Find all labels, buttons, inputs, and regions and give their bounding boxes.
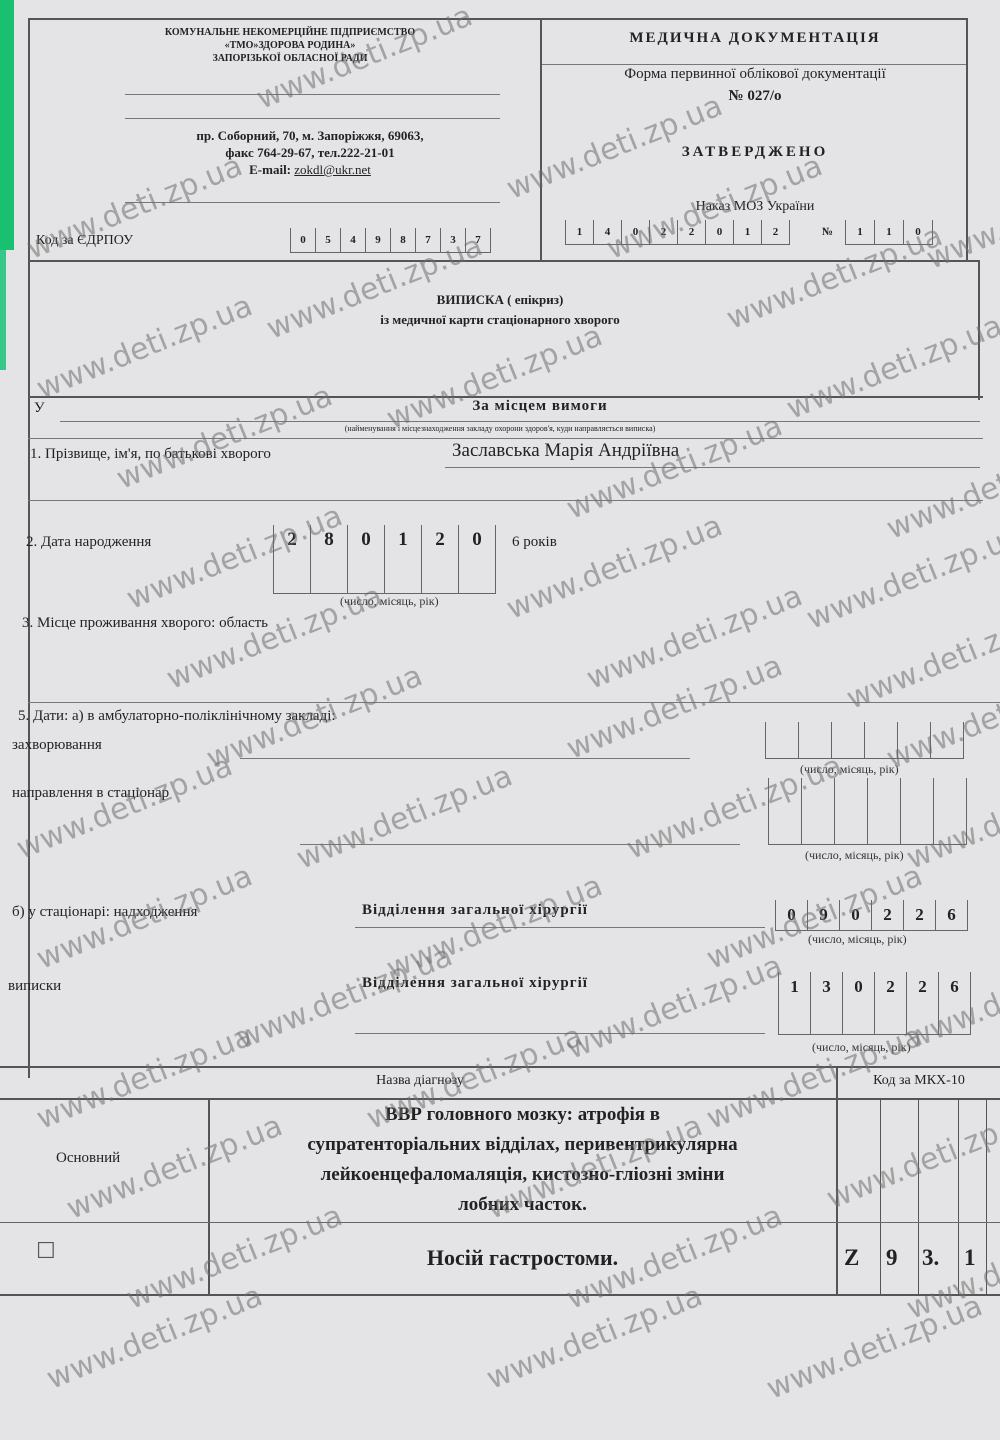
digit-box: 2 [273, 525, 310, 593]
frame-right-line [966, 18, 968, 260]
watermark-text: www.deti.zp.ua [922, 158, 1000, 276]
watermark-text: www.deti.zp.ua [882, 428, 1000, 546]
watermark-text: www.deti.zp.ua [562, 948, 788, 1066]
watermark-text: www.deti.zp.ua [232, 938, 458, 1056]
referral-date-boxes [768, 778, 967, 845]
digit-box: 1 [565, 220, 593, 244]
checkbox-icon[interactable]: ☐ [36, 1238, 56, 1264]
digit-box: 3 [810, 972, 842, 1034]
form-number: № 027/о [545, 88, 965, 105]
diagnosis-row-divider [0, 1222, 1000, 1223]
digit-box: 2 [906, 972, 938, 1034]
patient-age: 6 років [512, 534, 557, 551]
digit-box: 1 [384, 525, 421, 593]
digit-box [834, 778, 867, 844]
watermark-text: www.deti.zp.ua [842, 598, 1000, 716]
digit-box: 5 [315, 228, 340, 252]
digit-box: 9 [365, 228, 390, 252]
birth-date-caption: (число, місяць, рік) [340, 594, 439, 609]
referral-date-label: направлення в стаціонар [12, 785, 169, 802]
edrpou-code-boxes: 05498737 [290, 228, 491, 253]
diagnosis-table-bottom [0, 1294, 1000, 1296]
organization-contacts: пр. Соборний, 70, м. Запоріжжя, 69063, ф… [100, 127, 520, 178]
medical-documentation-title: МЕДИЧНА ДОКУМЕНТАЦІЯ [545, 30, 965, 47]
digit-box: 2 [649, 220, 677, 244]
watermark-text: www.deti.zp.ua [562, 648, 788, 766]
name-line-2 [28, 500, 983, 501]
digit-box: 0 [839, 900, 871, 930]
watermark-text: www.deti.zp.ua [782, 308, 1000, 426]
frame-top-line [28, 18, 966, 20]
icd10-code-header: Код за МКХ-10 [838, 1073, 1000, 1089]
patient-name-label: 1. Прізвище, ім'я, по батькові хворого [30, 446, 271, 463]
recipient-prefix: У [34, 400, 45, 417]
digit-box: 0 [775, 900, 807, 930]
icd10-code-char: Z [844, 1245, 859, 1271]
recipient-caption: (найменування і місцезнаходження закладу… [150, 424, 850, 433]
code-cell-divider [880, 1098, 881, 1294]
admission-label: б) у стаціонарі: надходження [12, 904, 197, 921]
digit-box: 2 [903, 900, 935, 930]
page-edge-decoration [0, 0, 14, 250]
admission-line [355, 927, 765, 928]
email-label: E-mail: [249, 162, 291, 177]
referral-line [300, 844, 740, 845]
discharge-line [355, 1033, 765, 1034]
diagnosis-name-header: Назва діагнозу [250, 1073, 590, 1089]
header-bottom-line [28, 260, 978, 262]
digit-box: 2 [874, 972, 906, 1034]
header-right-divider [542, 64, 966, 65]
header-divider-line [540, 18, 542, 260]
main-diagnosis-line: лейкоенцефаломаляція, кистозно-гліозні з… [210, 1160, 835, 1190]
digit-box: 6 [935, 900, 968, 930]
watermark-text: www.deti.zp.ua [42, 1278, 268, 1396]
blank-line [125, 202, 500, 203]
watermark-text: www.deti.zp.ua [482, 1278, 708, 1396]
watermark-text: www.deti.zp.ua [502, 508, 728, 626]
discharge-date-boxes: 130226 [778, 972, 971, 1035]
section-divider [28, 438, 983, 439]
referral-date-caption: (число, місяць, рік) [805, 848, 904, 863]
digit-box: 2 [871, 900, 903, 930]
digit-box: 3 [440, 228, 465, 252]
birth-date-boxes: 280120 [273, 525, 496, 594]
blank-line [125, 94, 500, 95]
digit-box: 8 [310, 525, 347, 593]
digit-box [867, 778, 900, 844]
residence-label: 3. Місце проживання хворого: область [22, 615, 268, 632]
name-underline [445, 467, 980, 468]
illness-line [240, 758, 690, 759]
main-diagnosis-text: ВВР головного мозку: атрофія всупратенто… [210, 1100, 835, 1220]
section-divider [28, 702, 1000, 703]
watermark-text: www.deti.zp.ua [12, 748, 238, 866]
digit-box: 0 [458, 525, 496, 593]
email-link[interactable]: zokdl@ukr.net [294, 162, 371, 177]
order-date-boxes: 14022012 [565, 220, 790, 245]
digit-box [897, 722, 930, 758]
document-title: ВИПИСКА ( епікриз) із медичної карти ста… [200, 290, 800, 330]
page-edge-decoration [0, 250, 6, 370]
digit-box [831, 722, 864, 758]
digit-box: 6 [938, 972, 971, 1034]
admission-date-boxes: 090226 [775, 900, 968, 931]
edrpou-label: Код за ЄДРПОУ [36, 233, 133, 249]
illness-date-caption: (число, місяць, рік) [800, 762, 899, 777]
discharge-date-caption: (число, місяць, рік) [812, 1040, 911, 1055]
code-cell-divider [958, 1098, 959, 1294]
code-column-divider [836, 1066, 838, 1294]
digit-box: 1 [874, 220, 903, 244]
org-line-2: «ТМО»ЗДОРОВА РОДИНА» [60, 39, 520, 52]
digit-box: 9 [807, 900, 839, 930]
patient-name-value: Заславська Марія Андріївна [452, 440, 679, 462]
watermark-text: www.deti.zp.ua [822, 1098, 1000, 1216]
main-diagnosis-line: супратенторіальних відділах, перивентрик… [210, 1130, 835, 1160]
secondary-diagnosis-text: Носій гастростоми. [210, 1245, 835, 1271]
watermark-text: www.deti.zp.ua [582, 578, 808, 696]
watermark-text: www.deti.zp.ua [382, 318, 608, 436]
icd10-code-char: 1 [964, 1245, 976, 1271]
digit-box: 0 [290, 228, 315, 252]
digit-box [765, 722, 798, 758]
illness-date-label: захворювання [12, 737, 102, 754]
digit-box: 2 [761, 220, 790, 244]
main-diagnosis-line: ВВР головного мозку: атрофія в [210, 1100, 835, 1130]
document-title-line-2: із медичної карти стаціонарного хворого [200, 310, 800, 330]
digit-box: 1 [733, 220, 761, 244]
discharge-department: Відділення загальної хірургії [362, 975, 588, 992]
org-line-1: КОМУНАЛЬНЕ НЕКОМЕРЦІЙНЕ ПІДПРИЄМСТВО [60, 26, 520, 39]
digit-box [798, 722, 831, 758]
digit-box: 4 [340, 228, 365, 252]
approved-label: ЗАТВЕРДЖЕНО [545, 144, 965, 161]
digit-box: 0 [705, 220, 733, 244]
digit-box: 1 [845, 220, 874, 244]
org-line-3: ЗАПОРІЗЬКОЇ ОБЛАСНОЇ РАДИ [60, 52, 520, 65]
digit-box: 0 [842, 972, 874, 1034]
watermark-text: www.deti.zp.ua [292, 758, 518, 876]
digit-box [930, 722, 964, 758]
digit-box: 7 [465, 228, 491, 252]
digit-box: 4 [593, 220, 621, 244]
form-description: Форма первинної облікової документації [545, 66, 965, 83]
digit-box: 0 [347, 525, 384, 593]
digit-box [900, 778, 933, 844]
blank-line [125, 118, 500, 119]
icd10-code-char: 3. [922, 1245, 939, 1271]
ministry-order-label: Наказ МОЗ України [545, 199, 965, 215]
order-number-boxes: 110 [845, 220, 933, 245]
digit-box: 8 [390, 228, 415, 252]
digit-box: 2 [677, 220, 705, 244]
dates-section-label: 5. Дати: а) в амбулаторно-поліклінічному… [18, 708, 336, 725]
code-cell-divider [918, 1098, 919, 1294]
digit-box: 0 [621, 220, 649, 244]
illness-date-boxes [765, 722, 964, 759]
digit-box [933, 778, 967, 844]
admission-date-caption: (число, місяць, рік) [808, 932, 907, 947]
main-diagnosis-label: Основний [56, 1150, 120, 1167]
code-cell-divider [986, 1098, 987, 1294]
watermark-text: www.deti.zp.ua [802, 518, 1000, 636]
main-diagnosis-line: лобних часток. [210, 1190, 835, 1220]
icd10-code-char: 9 [886, 1245, 898, 1271]
digit-box [768, 778, 801, 844]
document-title-line-1: ВИПИСКА ( епікриз) [200, 290, 800, 310]
recipient-line [60, 421, 980, 422]
digit-box: 7 [415, 228, 440, 252]
digit-box: 0 [903, 220, 933, 244]
frame-right-line-2 [978, 260, 980, 400]
address: пр. Соборний, 70, м. Запоріжжя, 69063, [100, 127, 520, 144]
organization-name: КОМУНАЛЬНЕ НЕКОМЕРЦІЙНЕ ПІДПРИЄМСТВО «ТМ… [60, 26, 520, 65]
digit-box [801, 778, 834, 844]
discharge-label: виписки [8, 978, 61, 995]
number-sign: № [822, 226, 833, 238]
digit-box: 2 [421, 525, 458, 593]
phones: факс 764-29-67, тел.222-21-01 [100, 144, 520, 161]
digit-box [864, 722, 897, 758]
birth-date-label: 2. Дата народження [26, 534, 151, 551]
digit-box: 1 [778, 972, 810, 1034]
diagnosis-table-top [0, 1066, 1000, 1068]
admission-department: Відділення загальної хірургії [362, 902, 588, 919]
recipient-value: За місцем вимоги [340, 398, 740, 415]
watermark-text: www.deti.zp.ua [762, 1288, 988, 1406]
